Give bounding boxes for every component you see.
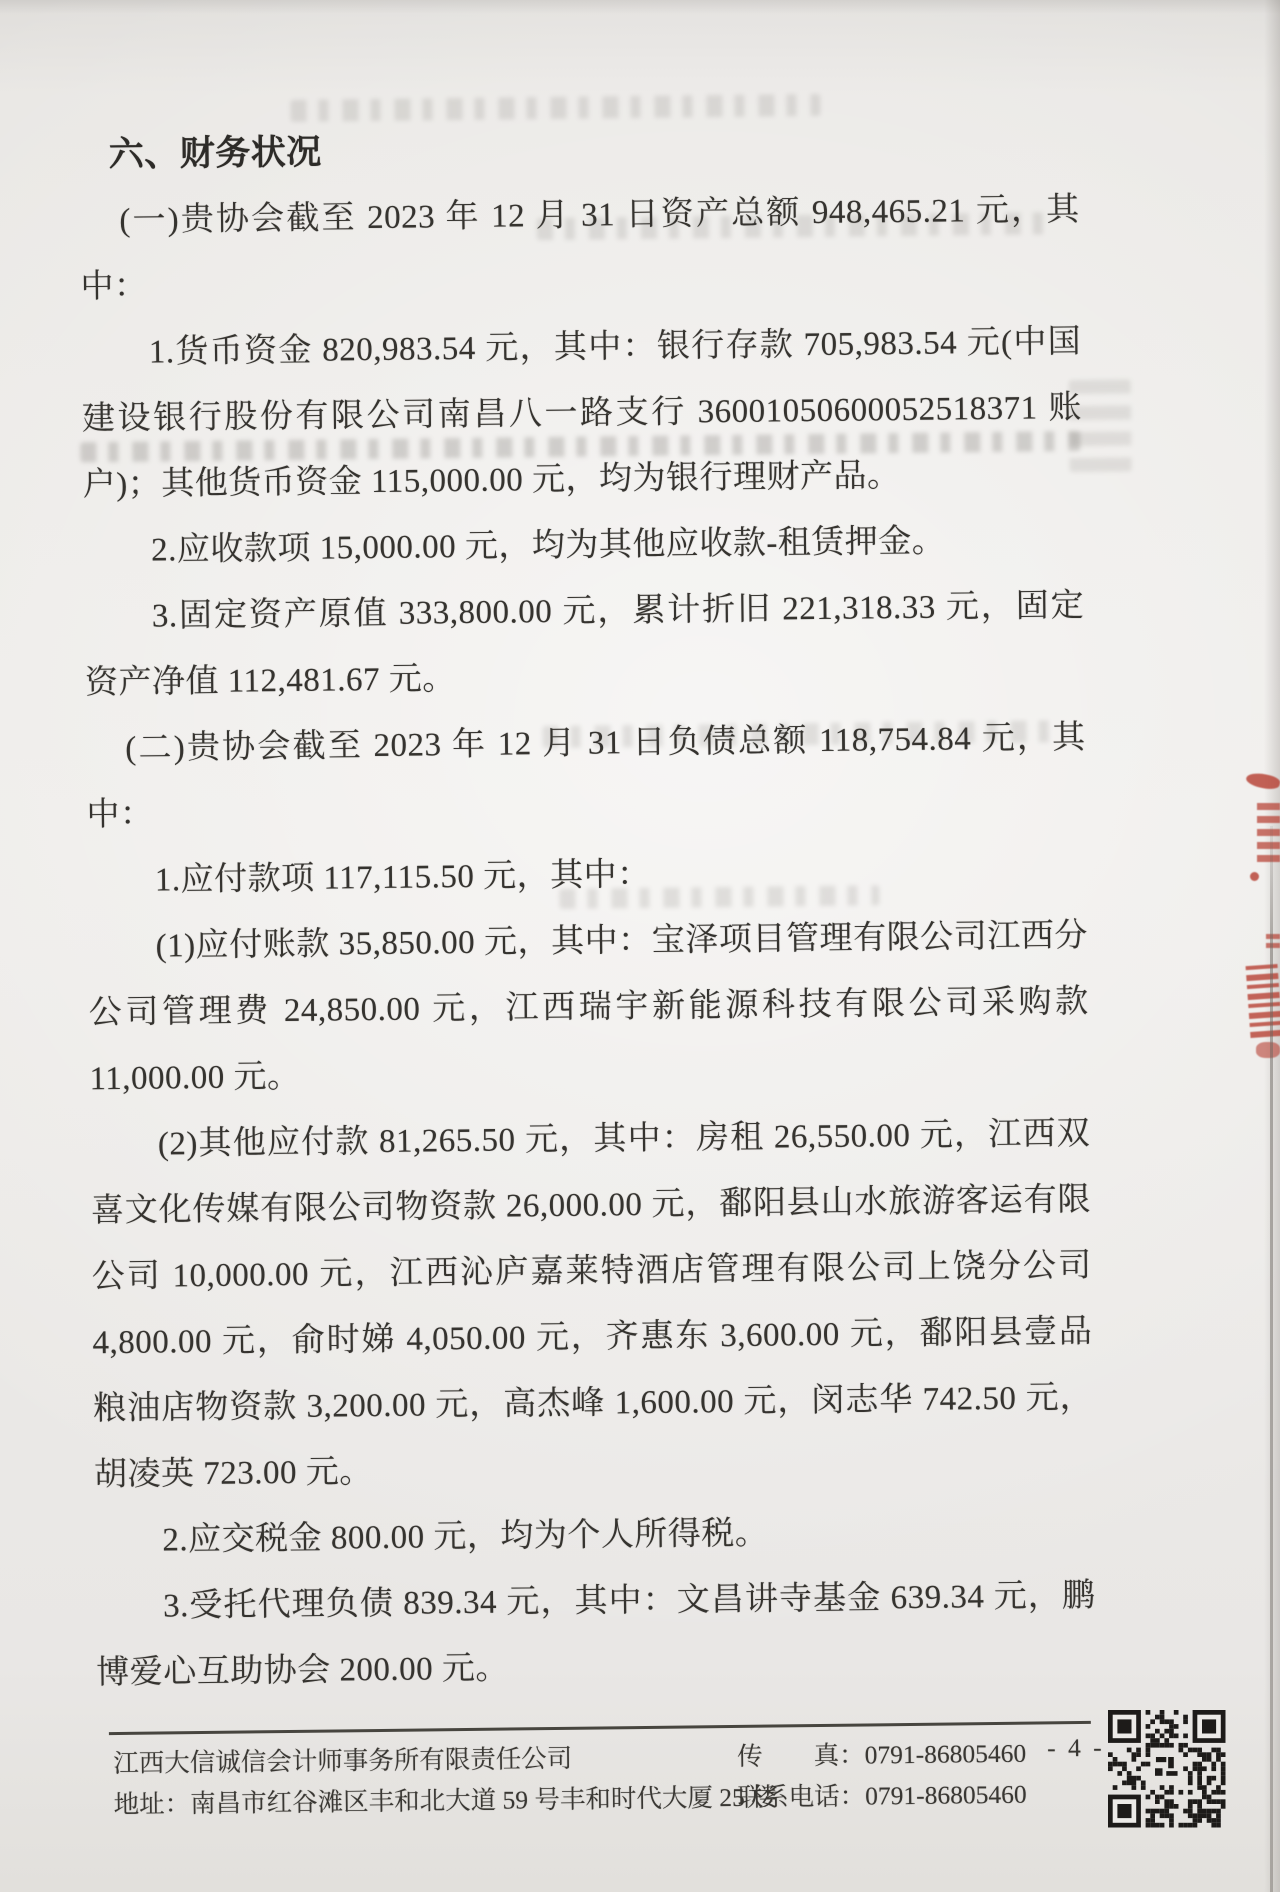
paragraph-entrusted-liabilities: 3.受托代理负债 839.34 元，其中：文昌讲寺基金 639.34 元，鹏博爱… bbox=[95, 1563, 1096, 1706]
footer-fax-number: 传 真：0791-86805460 bbox=[737, 1734, 1026, 1773]
paragraph-taxes-payable: 2.应交税金 800.00 元，均为个人所得税。 bbox=[94, 1497, 1095, 1574]
red-seal-fragment bbox=[1257, 800, 1280, 862]
red-seal-fragment bbox=[1246, 964, 1280, 1038]
paragraph-fixed-assets: 3.固定资产原值 333,800.00 元，累计折旧 221,318.33 元，… bbox=[84, 573, 1085, 716]
paragraph-liabilities-total: (二)贵协会截至 2023 年 12 月 31 日负债总额 118,754.84… bbox=[85, 705, 1086, 848]
paragraph-receivables: 2.应收款项 15,000.00 元，均为其他应收款-租赁押金。 bbox=[83, 507, 1084, 584]
paragraph-assets-total: (一)贵协会截至 2023 年 12 月 31 日资产总额 948,465.21… bbox=[79, 177, 1080, 320]
paragraph-accounts-payable: (1)应付账款 35,850.00 元，其中：宝泽项目管理有限公司江西分公司管理… bbox=[88, 903, 1090, 1112]
footer-phone-number: 联系电话：0791-86805460 bbox=[737, 1775, 1026, 1814]
page-edge-line bbox=[1270, 826, 1273, 1892]
red-seal-fragment bbox=[1250, 872, 1259, 881]
paragraph-payables: 1.应付款项 117,115.50 元，其中： bbox=[87, 837, 1088, 914]
footer-address: 地址：南昌市红谷滩区丰和北大道 59 号丰和时代大厦 25 楼 bbox=[113, 1778, 776, 1822]
document-body: 六、财务状况 (一)贵协会截至 2023 年 12 月 31 日资产总额 948… bbox=[79, 111, 1097, 1706]
paragraph-other-payables: (2)其他应付款 81,265.50 元，其中：房租 26,550.00 元，江… bbox=[90, 1101, 1094, 1508]
qr-code-pattern bbox=[1108, 1710, 1226, 1828]
red-seal-fragment bbox=[1266, 930, 1280, 948]
section-title: 六、财务状况 bbox=[79, 111, 1080, 188]
red-seal-fragment bbox=[1256, 1042, 1280, 1058]
qr-code bbox=[1108, 1710, 1226, 1828]
footer-divider-line bbox=[109, 1721, 1091, 1735]
paragraph-monetary-funds: 1.货币资金 820,983.54 元，其中：银行存款 705,983.54 元… bbox=[81, 309, 1083, 518]
document-page: 六、财务状况 (一)贵协会截至 2023 年 12 月 31 日资产总额 948… bbox=[0, 0, 1280, 1892]
footer-company-name: 江西大信诚信会计师事务所有限责任公司 bbox=[113, 1739, 572, 1780]
page-number: - 4 - bbox=[1047, 1733, 1105, 1764]
